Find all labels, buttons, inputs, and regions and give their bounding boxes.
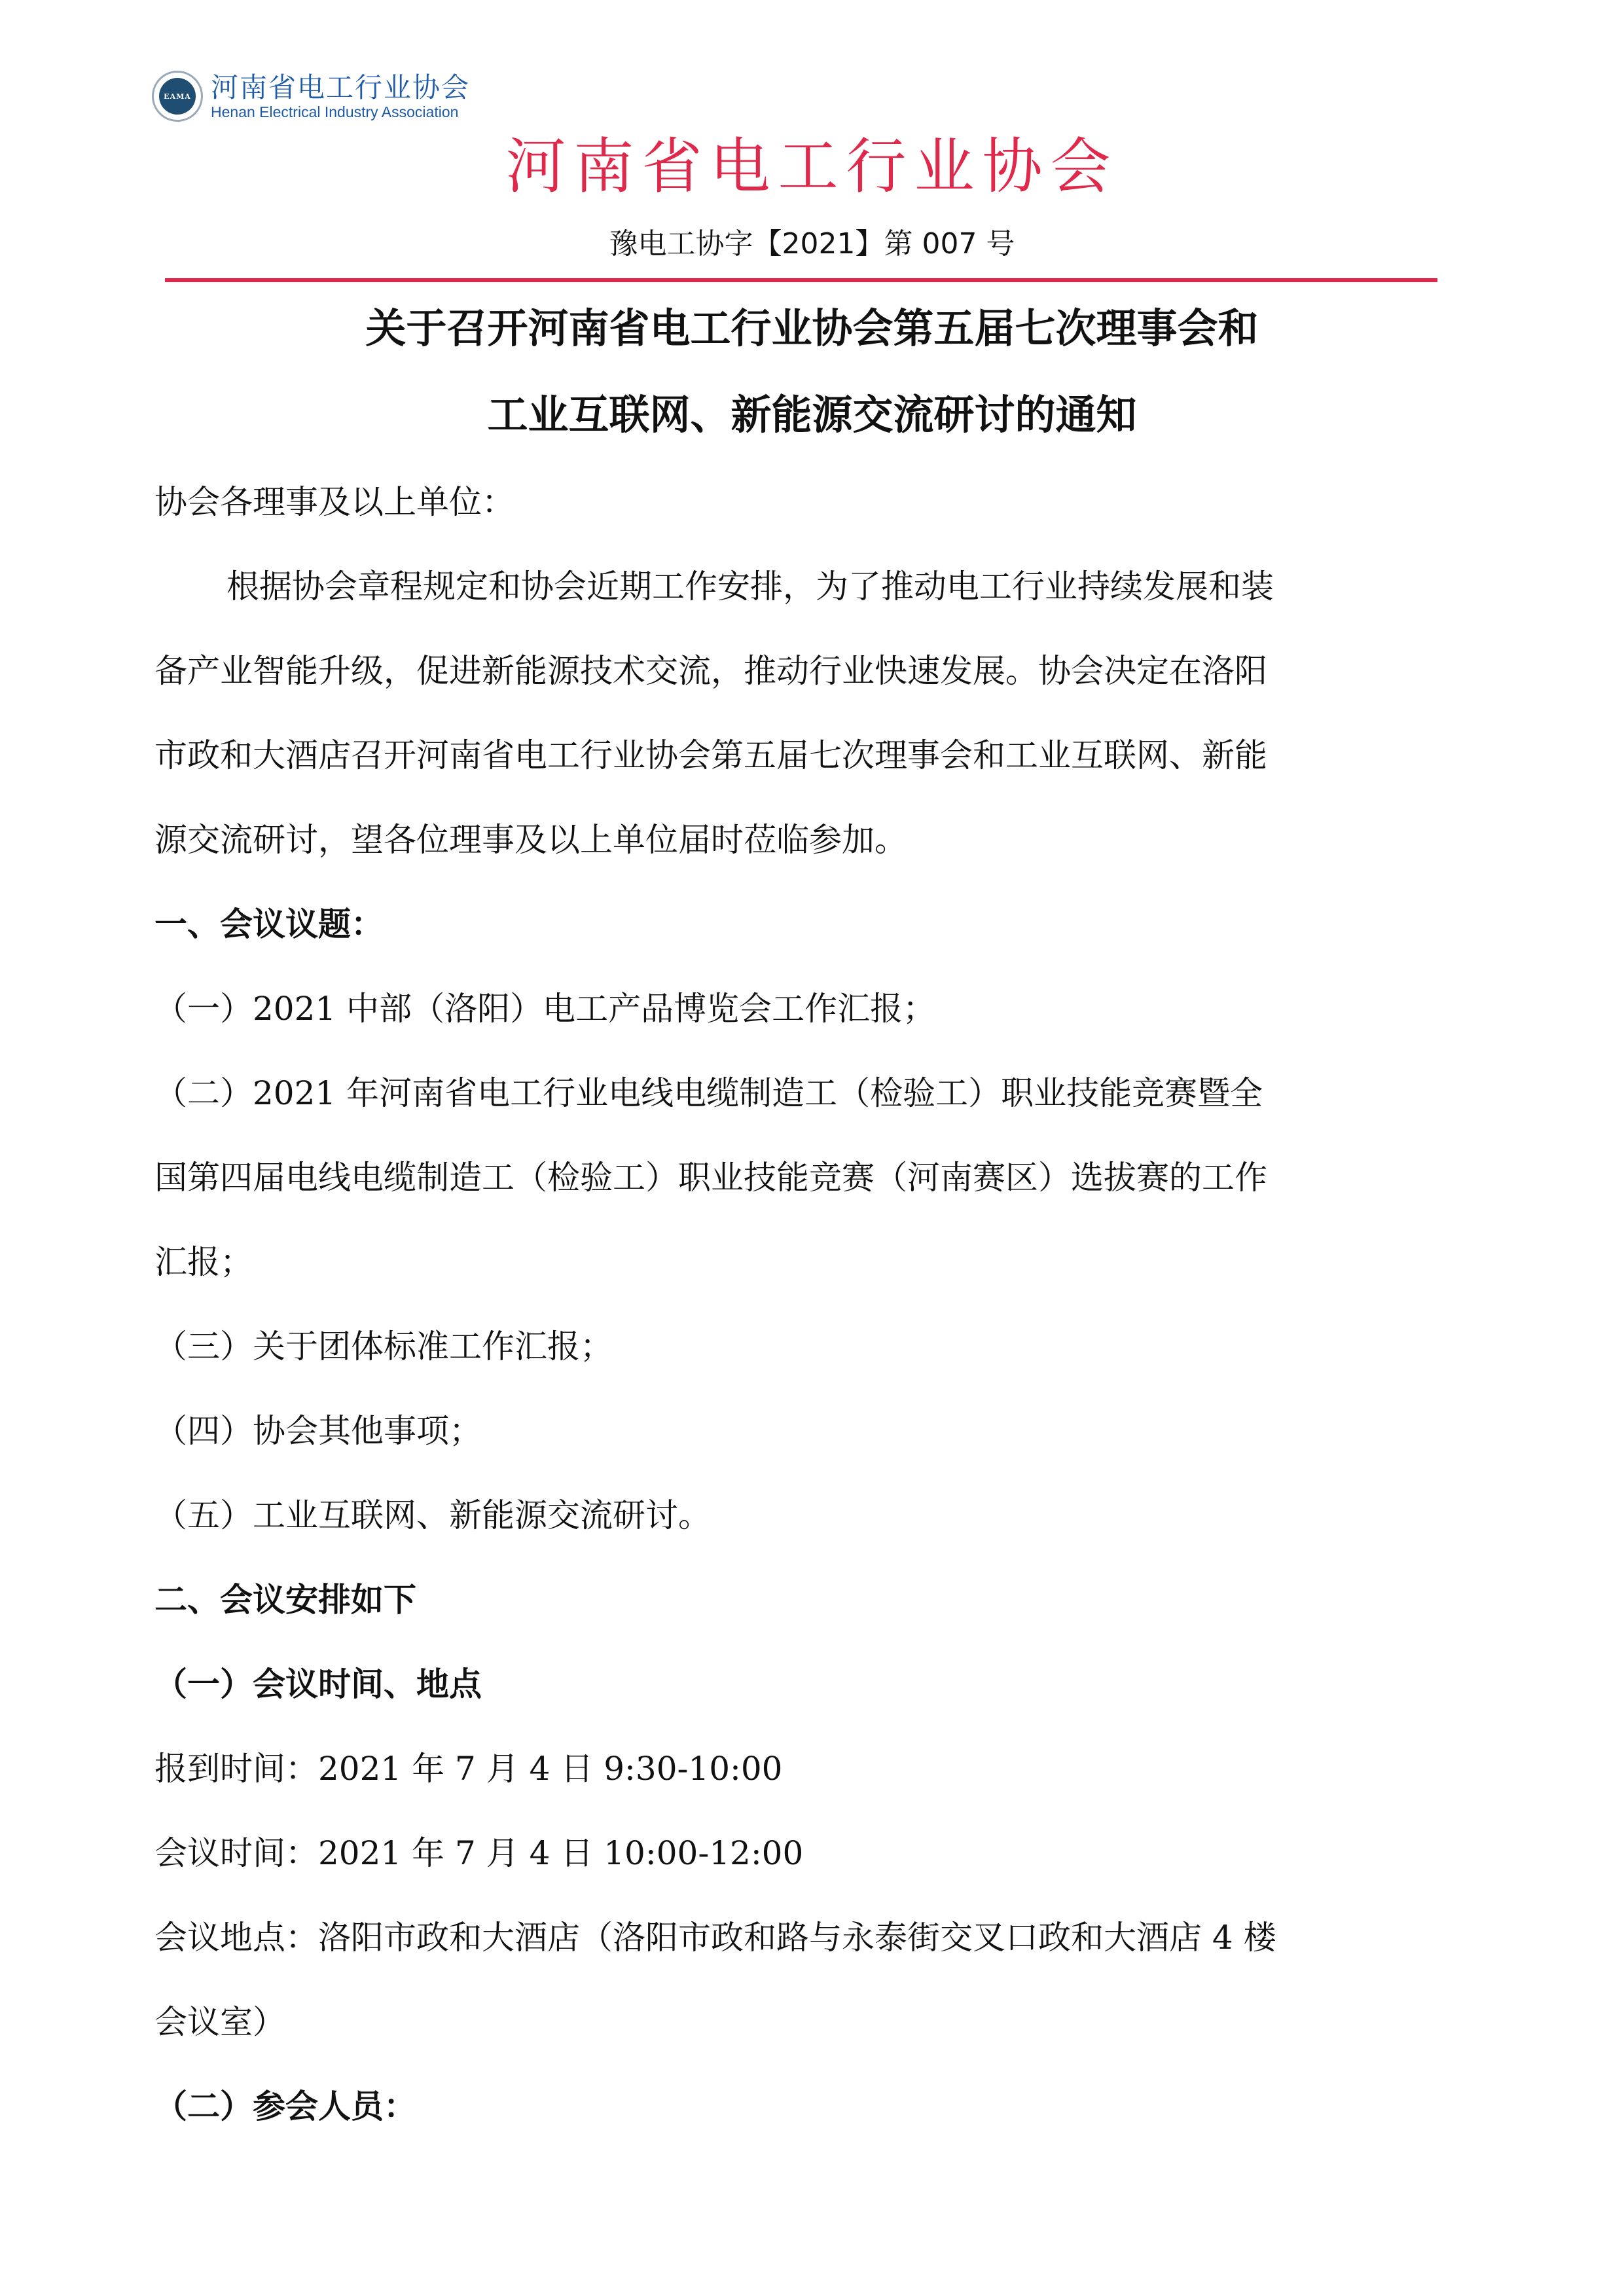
document-title-line1: 关于召开河南省电工行业协会第五届七次理事会和 xyxy=(0,302,1624,355)
agenda-item: （一）2021 中部（洛阳）电工产品博览会工作汇报； xyxy=(154,988,1437,1030)
subsection-time-location: （一）会议时间、地点 xyxy=(154,1663,1437,1705)
agenda-item: 国第四届电线电缆制造工（检验工）职业技能竞赛（河南赛区）选拔赛的工作 xyxy=(154,1157,1437,1199)
venue-line: 会议地点：洛阳市政和大酒店（洛阳市政和路与永泰街交叉口政和大酒店 4 楼 xyxy=(154,1917,1437,1959)
logo-emblem-icon: EAMA xyxy=(152,71,203,122)
intro-line: 源交流研讨，望各位理事及以上单位届时莅临参加。 xyxy=(154,819,1437,861)
logo-badge-text: EAMA xyxy=(159,78,196,115)
subsection-attendees: （二）参会人员： xyxy=(154,2086,1437,2127)
salutation: 协会各理事及以上单位： xyxy=(154,481,1437,523)
venue-line: 会议室） xyxy=(154,2001,1437,2043)
document-title-line2: 工业互联网、新能源交流研讨的通知 xyxy=(0,389,1624,441)
registration-time: 报到时间：2021 年 7 月 4 日 9:30-10:00 xyxy=(154,1748,1437,1790)
masthead: 河南省电工行业协会 xyxy=(0,131,1624,203)
section2-heading: 二、会议安排如下 xyxy=(154,1579,1437,1621)
document-number: 豫电工协字【2021】第 007 号 xyxy=(0,226,1624,262)
section1-heading: 一、会议议题： xyxy=(154,903,1437,945)
logo-name-en: Henan Electrical Industry Association xyxy=(211,103,470,120)
intro-line: 根据协会章程规定和协会近期工作安排，为了推动电工行业持续发展和装 xyxy=(226,566,1509,607)
logo-name-cn: 河南省电工行业协会 xyxy=(211,72,470,103)
agenda-item: （四）协会其他事项； xyxy=(154,1410,1437,1452)
meeting-time: 会议时间：2021 年 7 月 4 日 10:00-12:00 xyxy=(154,1832,1437,1874)
intro-line: 市政和大酒店召开河南省电工行业协会第五届七次理事会和工业互联网、新能 xyxy=(154,734,1437,776)
agenda-item: （二）2021 年河南省电工行业电线电缆制造工（检验工）职业技能竞赛暨全 xyxy=(154,1072,1437,1114)
association-logo: EAMA 河南省电工行业协会 Henan Electrical Industry… xyxy=(152,71,470,122)
red-divider xyxy=(165,278,1437,282)
agenda-item: 汇报； xyxy=(154,1241,1437,1283)
agenda-item: （三）关于团体标准工作汇报； xyxy=(154,1326,1437,1367)
intro-line: 备产业智能升级，促进新能源技术交流，推动行业快速发展。协会决定在洛阳 xyxy=(154,650,1437,692)
agenda-item: （五）工业互联网、新能源交流研讨。 xyxy=(154,1494,1437,1536)
